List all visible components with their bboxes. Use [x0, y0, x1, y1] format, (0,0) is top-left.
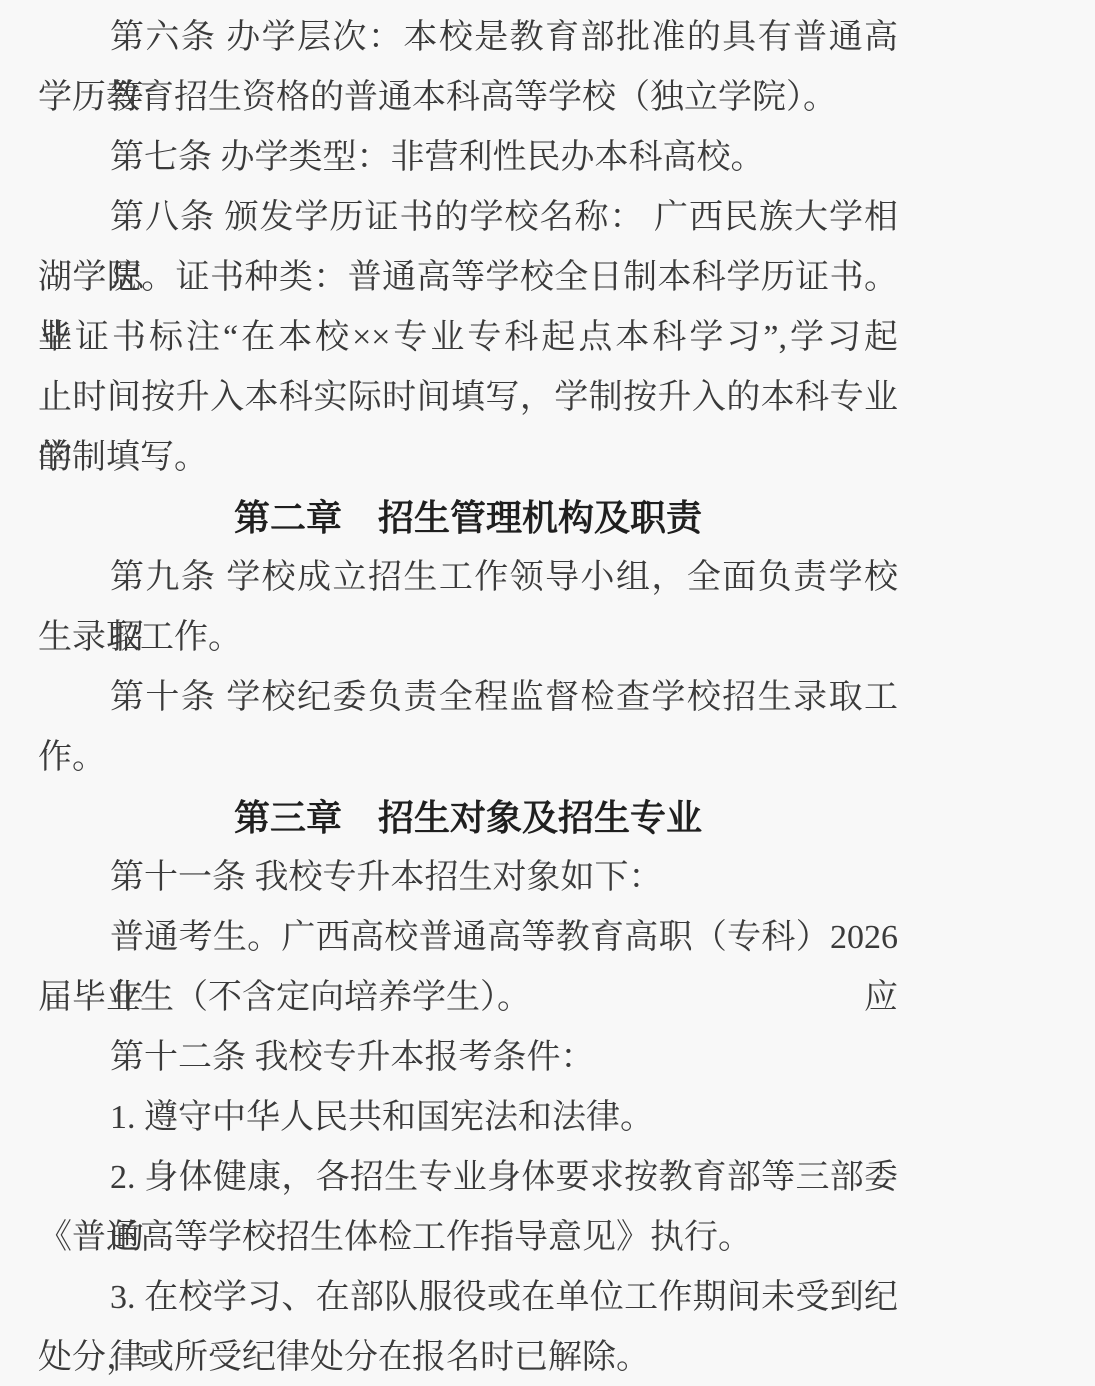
article-6-line-2: 学历教育招生资格的普通本科高等学校（独立学院）。	[38, 68, 898, 128]
chapter-3-heading: 第三章 招生对象及招生专业	[38, 788, 898, 848]
article-10-line-1: 第十条 学校纪委负责全程监督检查学校招生录取工	[38, 668, 898, 728]
article-12-item-1: 1. 遵守中华人民共和国宪法和法律。	[38, 1088, 898, 1148]
article-9-line-2: 生录取工作。	[38, 608, 898, 668]
article-6-line-1: 第六条 办学层次：本校是教育部批准的具有普通高等	[38, 8, 898, 68]
article-7-line-1: 第七条 办学类型：非营利性民办本科高校。	[38, 128, 898, 188]
article-8-line-2: 湖学院。证书种类：普通高等学校全日制本科学历证书。毕	[38, 248, 898, 308]
article-12-item-3-line-1: 3. 在校学习、在部队服役或在单位工作期间未受到纪律	[38, 1268, 898, 1328]
article-8-line-3: 业证书标注“在本校××专业专科起点本科学习”,学习起	[38, 308, 898, 368]
article-12-item-2-line-2: 《普通高等学校招生体检工作指导意见》执行。	[38, 1208, 898, 1268]
article-12-item-2-line-1: 2. 身体健康，各招生专业身体要求按教育部等三部委的	[38, 1148, 898, 1208]
article-8-line-1: 第八条 颁发学历证书的学校名称： 广西民族大学相思	[38, 188, 898, 248]
article-12-line-1: 第十二条 我校专升本报考条件：	[38, 1028, 898, 1088]
article-9-line-1: 第九条 学校成立招生工作领导小组，全面负责学校招	[38, 548, 898, 608]
article-10-line-2: 作。	[38, 728, 898, 788]
article-8-line-4: 止时间按升入本科实际时间填写，学制按升入的本科专业的	[38, 368, 898, 428]
article-8-line-5: 学制填写。	[38, 428, 898, 488]
chapter-2-heading: 第二章 招生管理机构及职责	[38, 488, 898, 548]
document-page: 第六条 办学层次：本校是教育部批准的具有普通高等 学历教育招生资格的普通本科高等…	[38, 0, 898, 1386]
article-12-item-3-line-2: 处分，或所受纪律处分在报名时已解除。	[38, 1328, 898, 1386]
article-11-line-2: 普通考生。广西高校普通高等教育高职（专科）2026 年应	[38, 908, 898, 968]
article-11-line-1: 第十一条 我校专升本招生对象如下：	[38, 848, 898, 908]
